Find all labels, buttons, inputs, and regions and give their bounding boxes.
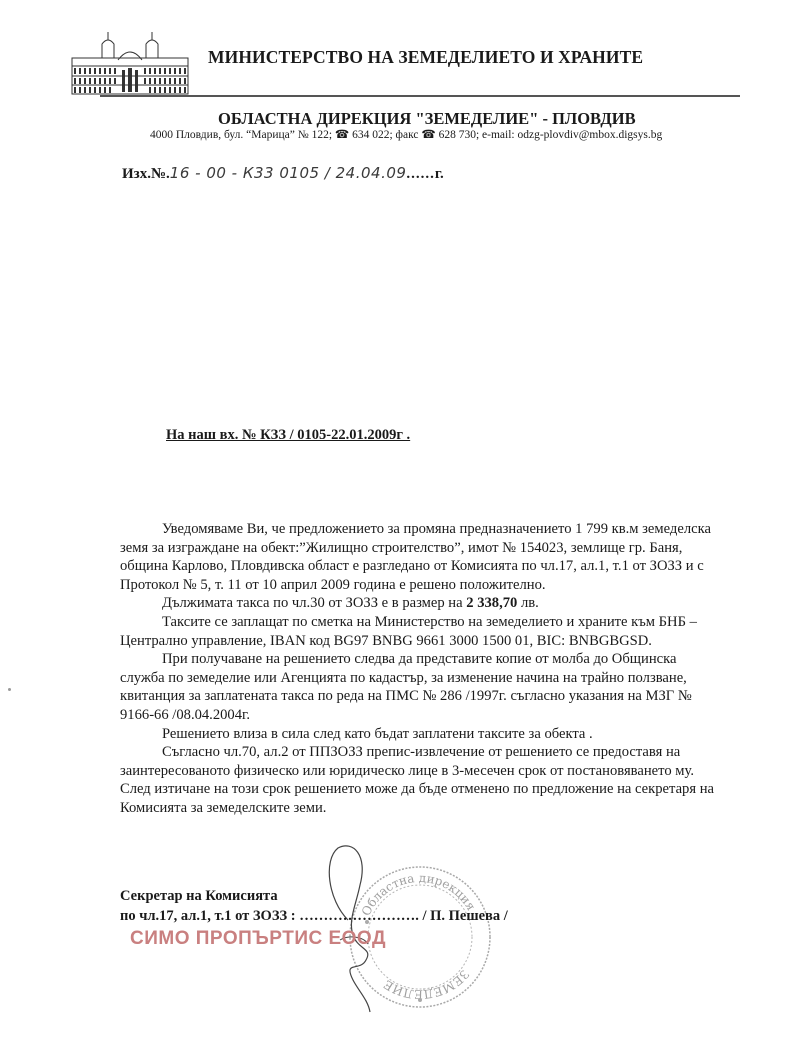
paragraph-fee: Дължимата такса по чл.30 от ЗОЗЗ е в раз… — [120, 594, 720, 613]
letter-body: Уведомяваме Ви, че предложението за пром… — [120, 520, 720, 818]
outgoing-reference: Изх.№.16 - 00 - К33 0105 / 24.04.09.....… — [122, 164, 444, 183]
paragraph-effective: Решението влиза в сила след като бъдат з… — [120, 725, 720, 744]
ministry-building-icon — [68, 30, 192, 96]
ministry-name: МИНИСТЕРСТВО НА ЗЕМЕДЕЛИЕТО И ХРАНИТЕ — [208, 47, 643, 68]
fee-currency: лв. — [517, 595, 538, 611]
header-divider — [100, 95, 740, 97]
outgoing-ref-suffix: г. — [435, 166, 444, 182]
fee-text: Дължимата такса по чл.30 от ЗОЗЗ е в раз… — [162, 595, 466, 611]
paragraph-payment: Таксите се заплащат по сметка на Министе… — [120, 613, 720, 650]
scan-speck — [8, 688, 11, 691]
address-text: 4000 Пловдив, бул. “Марица” № 122; — [150, 129, 332, 141]
fee-amount: 2 338,70 — [466, 595, 517, 611]
fax-email: 628 730; e-mail: odzg-plovdiv@mbox.digsy… — [439, 129, 663, 141]
outgoing-ref-label: Изх.№. — [122, 166, 170, 182]
outgoing-ref-handwritten: 16 - 00 - К33 0105 / 24.04.09 — [170, 164, 407, 182]
fax-icon: ☎ — [421, 129, 435, 141]
phone-number: 634 022; факс — [352, 129, 418, 141]
paragraph-documents: При получаване на решението следва да пр… — [120, 650, 720, 724]
paragraph-appeal: Съгласно чл.70, ал.2 от ППЗОЗЗ препис-из… — [120, 743, 720, 817]
paragraph-notification: Уведомяваме Ви, че предложението за пром… — [120, 520, 720, 594]
contact-address: 4000 Пловдив, бул. “Марица” № 122; ☎ 634… — [150, 127, 662, 141]
telephone-icon: ☎ — [335, 129, 349, 141]
watermark-text: СИМО ПРОПЪРТИС ЕООД — [130, 928, 386, 950]
signatory-title: Секретар на Комисията — [120, 886, 508, 906]
directorate-name: ОБЛАСТНА ДИРЕКЦИЯ "ЗЕМЕДЕЛИЕ" - ПЛОВДИВ — [218, 109, 636, 129]
outgoing-ref-dots: ...... — [406, 166, 435, 182]
signatory-line: по чл.17, ал.1, т.1 от ЗОЗЗ : ……………………. … — [120, 906, 508, 926]
incoming-reference: На наш вх. № КЗЗ / 0105-22.01.2009г . — [166, 427, 410, 444]
signature-block: Секретар на Комисията по чл.17, ал.1, т.… — [120, 886, 508, 926]
